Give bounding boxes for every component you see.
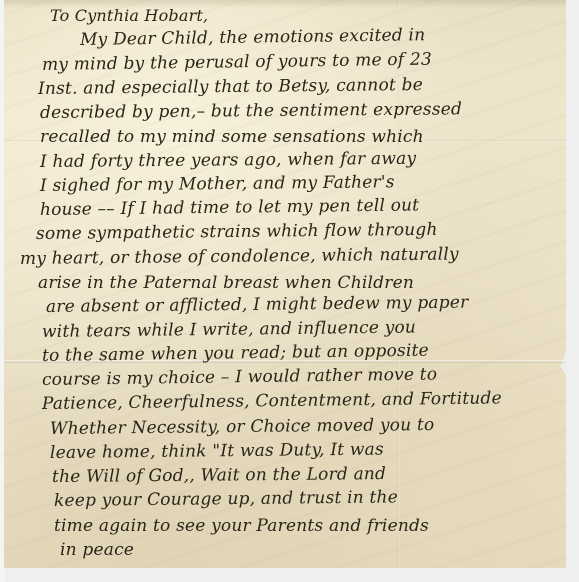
handwritten-letter: To Cynthia Hobart, My Dear Child, the em… (0, 0, 579, 582)
letter-line: arise in the Paternal breast when Childr… (38, 273, 414, 293)
letter-line: time again to see your Parents and frien… (54, 516, 429, 536)
letter-line: my mind by the perusal of yours to me of… (42, 50, 432, 75)
letter-line: to the same when you read; but an opposi… (42, 341, 429, 366)
letter-line: with tears while I write, and influence … (42, 317, 416, 342)
letter-line: in peace (60, 540, 134, 560)
letter-line: I had forty three years ago, when far aw… (40, 149, 416, 172)
letter-line: Whether Necessity, or Choice moved you t… (50, 415, 435, 439)
letter-line: I sighed for my Mother, and my Father's (40, 172, 395, 196)
letter-line: Inst. and especially that to Betsy, cann… (38, 75, 423, 99)
addressee: To Cynthia Hobart, (50, 6, 208, 25)
letter-line: My Dear Child, the emotions excited in (80, 25, 426, 50)
letter-line: house –– If I had time to let my pen tel… (40, 195, 420, 220)
letter-line: my heart, or those of condolence, which … (20, 244, 459, 269)
letter-line: are absent or afflicted, I might bedew m… (46, 293, 469, 317)
letter-line: Patience, Cheerfulness, Contentment, and… (42, 388, 502, 414)
letter-line: some sympathetic strains which flow thro… (36, 220, 438, 244)
letter-line: leave home, think "It was Duty, It was (50, 440, 384, 463)
letter-line: keep your Courage up, and trust in the (54, 487, 398, 511)
letter-line: course is my choice – I would rather mov… (42, 364, 437, 390)
letter-line: the Will of God,, Wait on the Lord and (52, 464, 386, 487)
letter-line: recalled to my mind some sensations whic… (40, 127, 424, 147)
letter-line: described by pen,– but the sentiment exp… (40, 99, 462, 123)
